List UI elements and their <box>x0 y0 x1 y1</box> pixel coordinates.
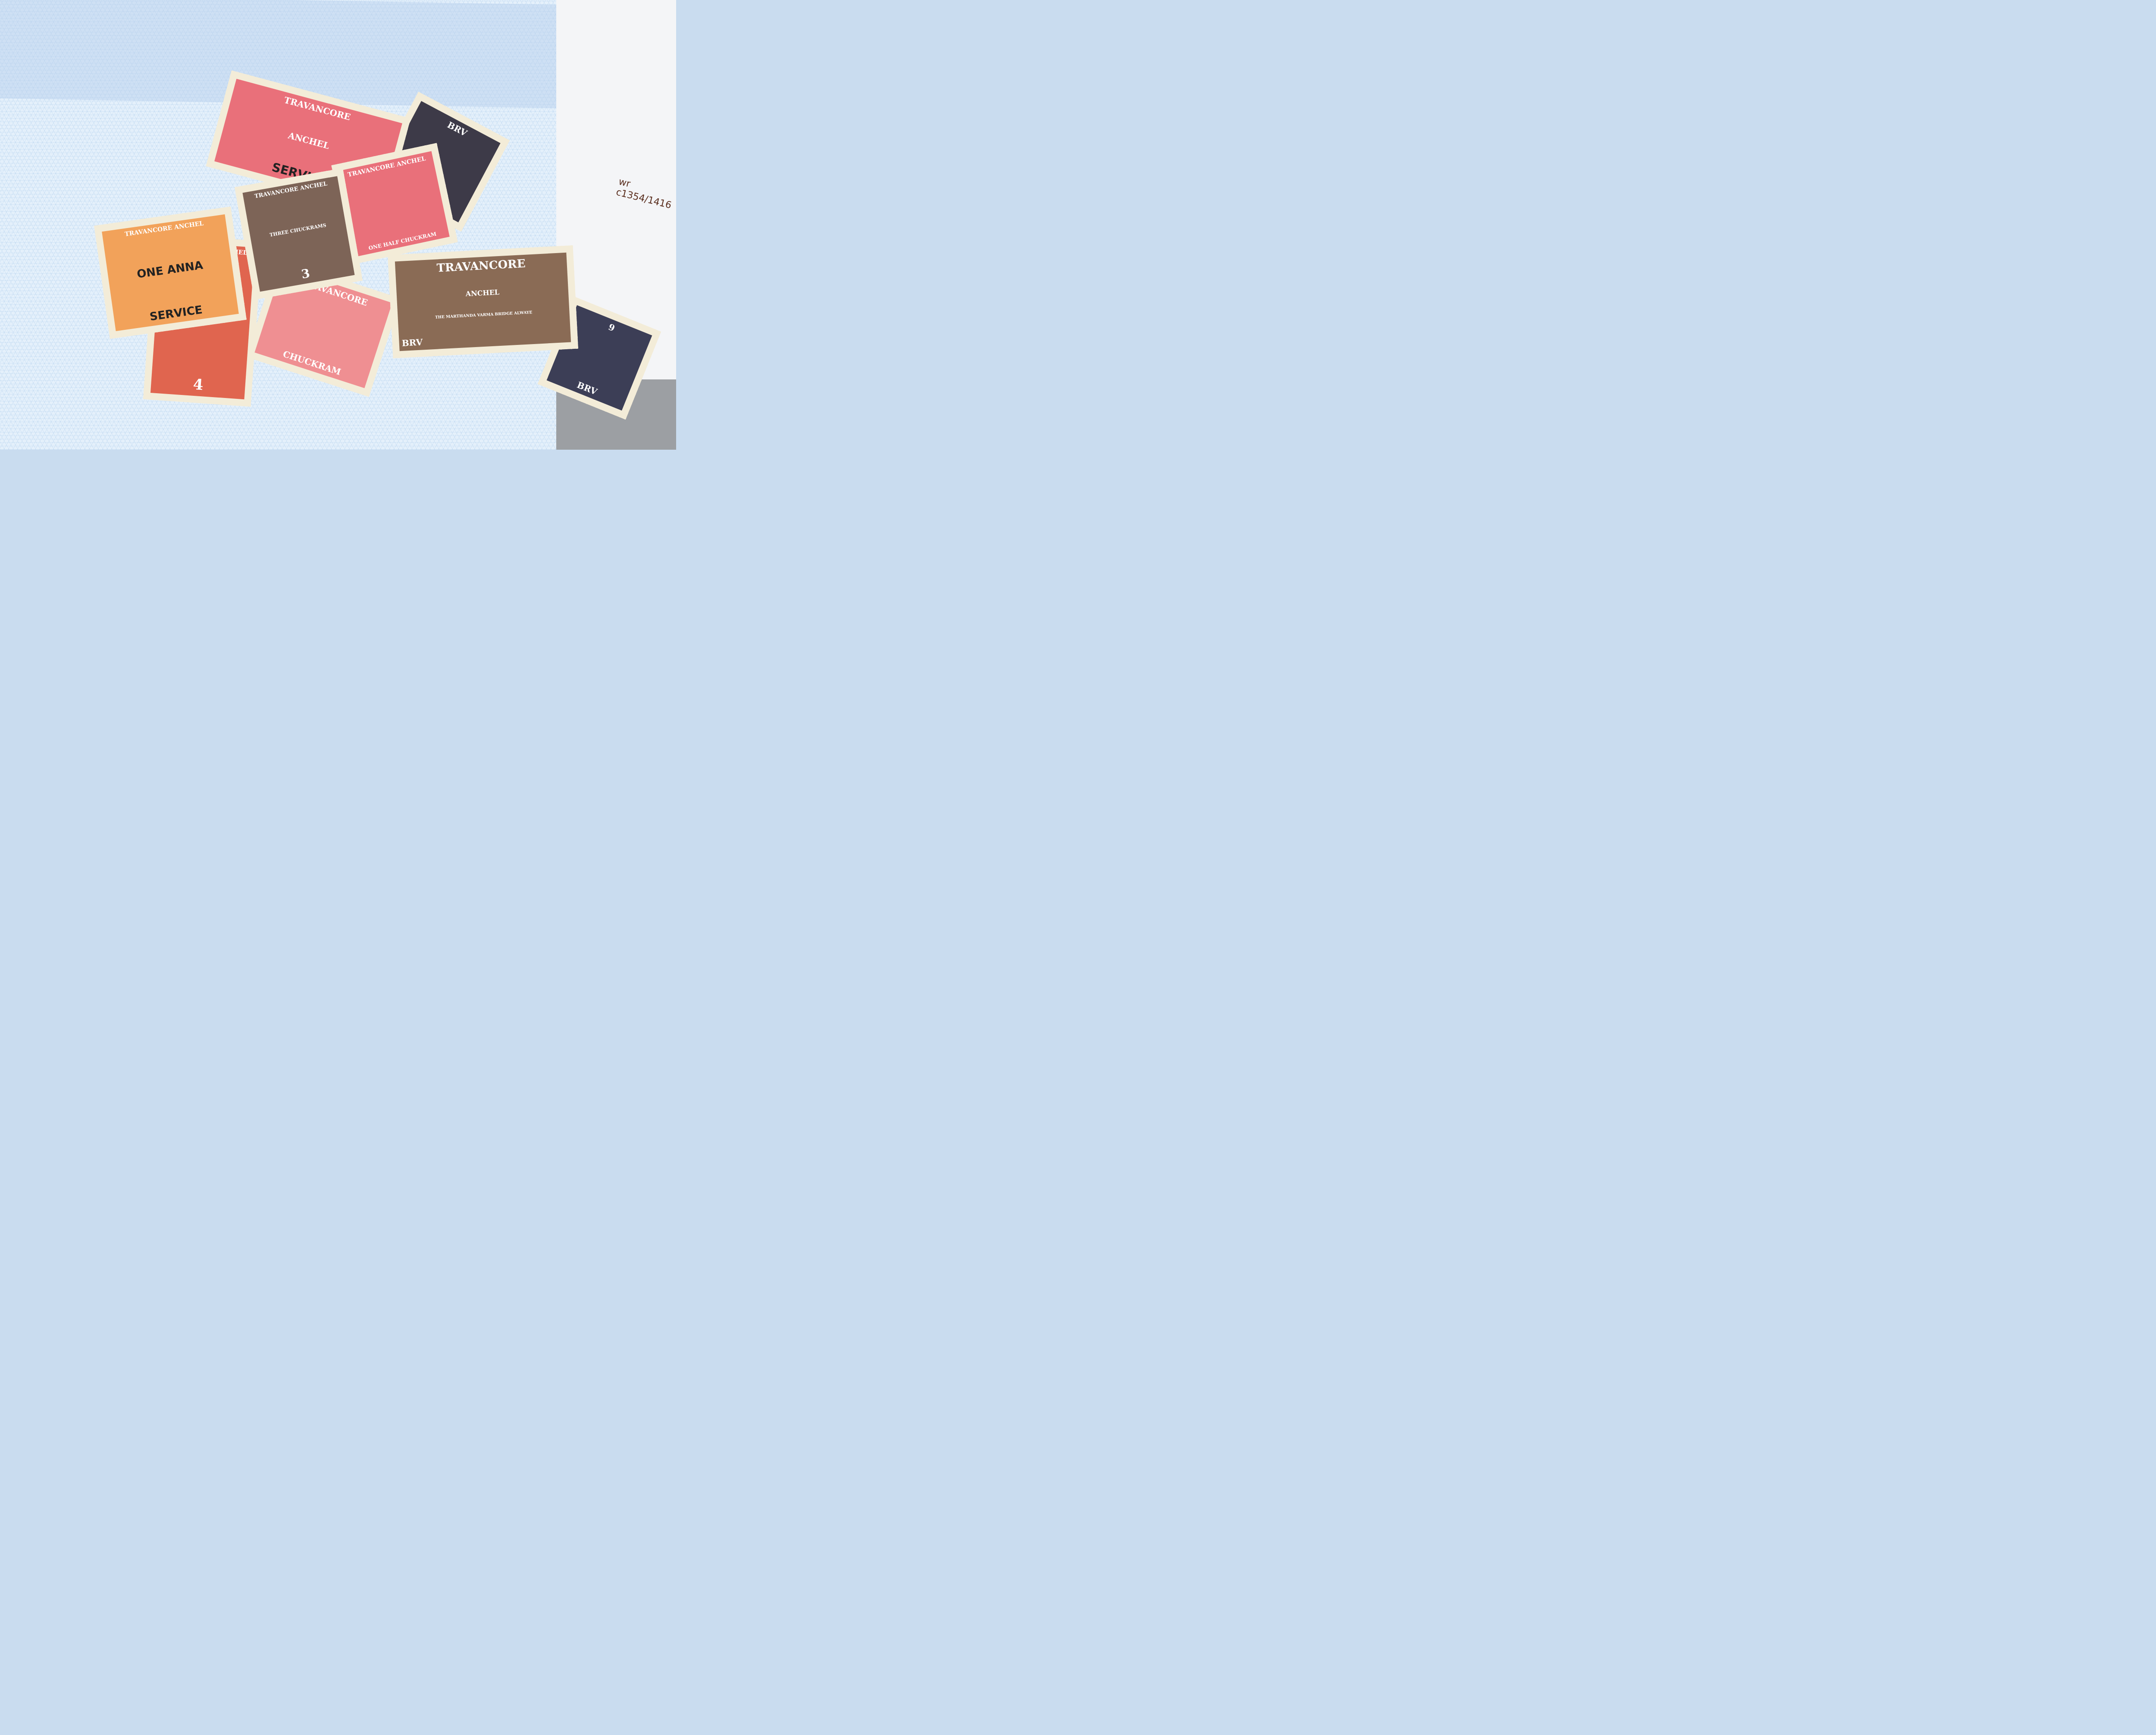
stamp-orange-service: TRAVANCORE ANCHELONE ANNASERVICE <box>94 207 247 339</box>
stamp-brown-bridge: TRAVANCOREANCHELTHE MARTHANDA VARMA BRID… <box>388 245 578 358</box>
stamp-brown-three: TRAVANCORE ANCHELTHREE CHUCKRAMS3 <box>235 168 363 300</box>
